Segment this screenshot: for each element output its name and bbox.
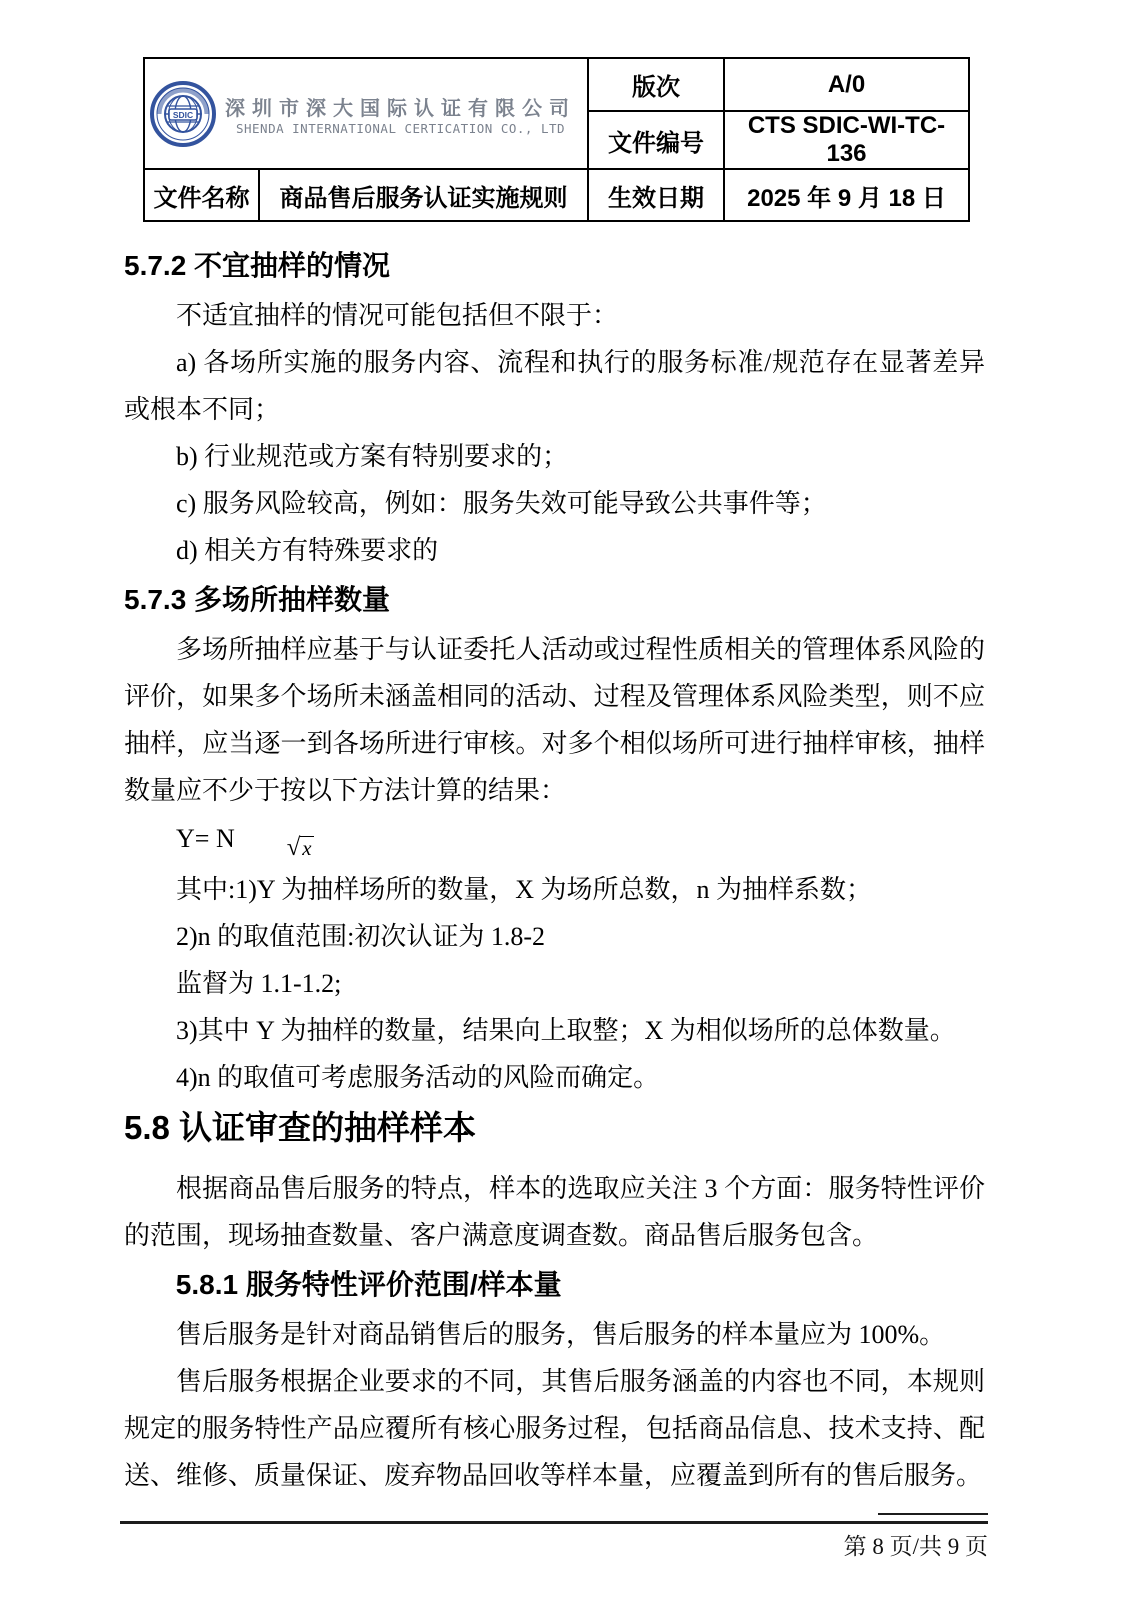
section-5-8-paragraph: 根据商品售后服务的特点，样本的选取应关注 3 个方面：服务特性评价的范围，现场抽… bbox=[124, 1165, 985, 1259]
page-number: 第 8 页/共 9 页 bbox=[844, 1528, 988, 1561]
section-5-7-2-item-c: c) 服务风险较高，例如：服务失效可能导致公共事件等； bbox=[124, 480, 985, 527]
formula-note-2b: 监督为 1.1-1.2; bbox=[124, 960, 985, 1007]
section-5-8-1-paragraph-2: 售后服务根据企业要求的不同，其售后服务涵盖的内容也不同，本规则规定的服务特性产品… bbox=[124, 1358, 985, 1499]
company-logo: SDIC 深圳市深大国际认证有限公司 SHENDA INTERNATIONAL … bbox=[149, 80, 583, 148]
doc-number-value: CTS SDIC-WI-TC-136 bbox=[724, 111, 969, 169]
doc-name-value: 商品售后服务认证实施规则 bbox=[259, 169, 588, 221]
sampling-formula: Y= N√x bbox=[124, 814, 985, 866]
version-value: A/0 bbox=[724, 58, 969, 111]
formula-note-3: 3)其中 Y 为抽样的数量，结果向上取整；X 为相似场所的总体数量。 bbox=[124, 1007, 985, 1054]
section-5-7-2-item-a: a) 各场所实施的服务内容、流程和执行的服务标准/规范存在显著差异或根本不同； bbox=[124, 339, 985, 433]
footer-divider-line-short bbox=[878, 1513, 988, 1515]
document-header-table: SDIC 深圳市深大国际认证有限公司 SHENDA INTERNATIONAL … bbox=[143, 57, 970, 222]
effective-date-value: 2025 年 9 月 18 日 bbox=[724, 169, 969, 221]
effective-date-label: 生效日期 bbox=[588, 169, 724, 221]
section-5-7-2-item-b: b) 行业规范或方案有特别要求的； bbox=[124, 433, 985, 480]
company-name-cn: 深圳市深大国际认证有限公司 bbox=[225, 92, 576, 121]
section-5-7-3-heading: 5.7.3 多场所抽样数量 bbox=[124, 574, 985, 626]
svg-text:SDIC: SDIC bbox=[173, 110, 193, 120]
formula-note-4: 4)n 的取值可考虑服务活动的风险而确定。 bbox=[124, 1054, 985, 1101]
company-names: 深圳市深大国际认证有限公司 SHENDA INTERNATIONAL CERTI… bbox=[225, 92, 576, 136]
section-5-7-2-item-d: d) 相关方有特殊要求的 bbox=[124, 527, 985, 574]
section-5-8-1-heading: 5.8.1 服务特性评价范围/样本量 bbox=[124, 1259, 985, 1311]
document-page: SDIC 深圳市深大国际认证有限公司 SHENDA INTERNATIONAL … bbox=[0, 0, 1131, 1600]
company-logo-cell: SDIC 深圳市深大国际认证有限公司 SHENDA INTERNATIONAL … bbox=[144, 58, 588, 169]
section-5-7-3-paragraph: 多场所抽样应基于与认证委托人活动或过程性质相关的管理体系风险的评价，如果多个场所… bbox=[124, 626, 985, 814]
formula-note-2: 2)n 的取值范围:初次认证为 1.8-2 bbox=[124, 913, 985, 960]
document-content: SDIC 深圳市深大国际认证有限公司 SHENDA INTERNATIONAL … bbox=[124, 57, 985, 1499]
footer-divider-line bbox=[120, 1521, 988, 1524]
company-emblem-icon: SDIC bbox=[149, 80, 217, 148]
company-name-en: SHENDA INTERNATIONAL CERTICATION CO., LT… bbox=[225, 121, 576, 136]
formula-prefix: Y= N bbox=[176, 824, 235, 853]
doc-number-label: 文件编号 bbox=[588, 111, 724, 169]
doc-name-label: 文件名称 bbox=[144, 169, 259, 221]
section-5-7-2-intro: 不适宜抽样的情况可能包括但不限于： bbox=[124, 292, 985, 339]
version-label: 版次 bbox=[588, 58, 724, 111]
section-5-7-2-heading: 5.7.2 不宜抽样的情况 bbox=[124, 240, 985, 292]
section-5-8-heading: 5.8 认证审查的抽样样本 bbox=[124, 1101, 985, 1155]
formula-radical: √x bbox=[235, 822, 314, 874]
document-body: 5.7.2 不宜抽样的情况 不适宜抽样的情况可能包括但不限于： a) 各场所实施… bbox=[124, 240, 985, 1499]
section-5-8-1-paragraph-1: 售后服务是针对商品销售后的服务，售后服务的样本量应为 100%。 bbox=[124, 1311, 985, 1358]
